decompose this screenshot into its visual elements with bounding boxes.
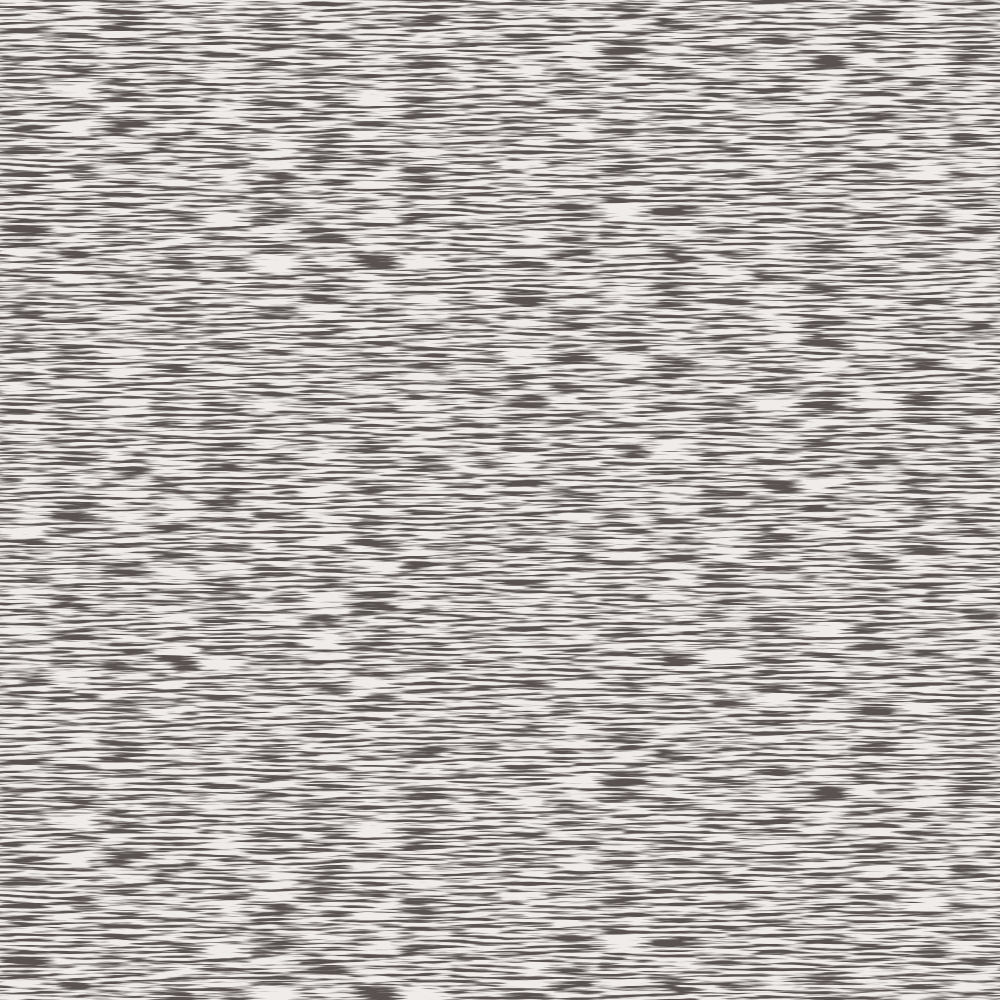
rug-texture-canvas	[0, 0, 1000, 1000]
rug-texture-photo	[0, 0, 1000, 1000]
